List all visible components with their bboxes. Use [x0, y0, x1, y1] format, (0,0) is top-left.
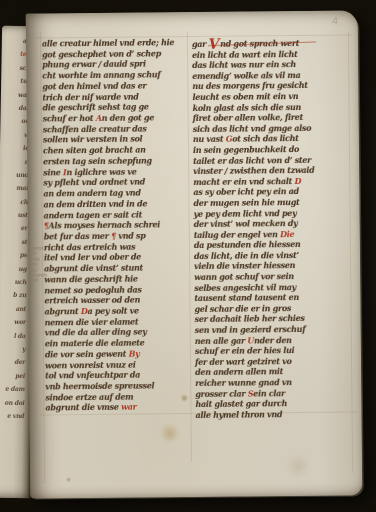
ink-text: die geschrift sehst tag ge — [43, 102, 149, 113]
ink-text: nen alle gar — [195, 335, 248, 346]
margin-note-line: was das — [29, 263, 45, 274]
ink-text: tol vnd vnfeuchtpar da — [45, 370, 140, 381]
spine-fragment: n — [3, 158, 29, 172]
ink-text: das licht was nur ein sch — [192, 59, 296, 70]
ink-text: ein licht da wart ein licht — [192, 49, 297, 60]
spine-fragment: uch — [0, 279, 26, 293]
ink-text: die vor sein gewent — [45, 348, 129, 359]
spine-fragment: pei — [0, 372, 25, 386]
ink-text: woen vonreist vnuz ei — [45, 359, 136, 370]
spine-fragment: ust — [2, 212, 28, 226]
spine-fragment: e vnd — [0, 413, 24, 427]
ink-text: abgrunt die vmse — [45, 402, 121, 413]
ink-text: sindoe ertze auf dem — [45, 391, 133, 402]
ink-text: abgrunt die vinst’ stunt — [44, 263, 143, 274]
ink-text: itel vnd ler vnd ober de — [44, 252, 141, 263]
ink-text: schuf er hot — [43, 113, 96, 124]
ink-text: andern tagen er sait cit — [44, 209, 142, 220]
manuscript-line: alle hymel thron vnd — [195, 408, 355, 420]
ink-text: reicher wunne gnad vn — [195, 377, 292, 388]
ink-text: got den himel vnd das er — [42, 80, 146, 91]
ink-text: ein clar — [253, 388, 285, 398]
ink-text: wann got schuf vor sein — [194, 271, 294, 282]
ink-text: as sy ober icht pey ein ad — [193, 186, 299, 197]
spine-fragment: er — [1, 225, 27, 239]
spine-fragment: w — [3, 131, 29, 145]
ink-text: ser dachait lieb her schies — [195, 313, 305, 324]
ink-text: vnd die da aller ding sey — [45, 327, 147, 338]
ink-text: ot sich das licht — [232, 133, 298, 144]
ink-text: abgrunt — [44, 306, 80, 316]
ink-text: Als moyses hernach schrei — [48, 220, 160, 231]
ink-text: n den got ge — [102, 112, 154, 123]
rubric-text: By — [129, 348, 140, 358]
ink-text: leucht es oben mit ein vn — [192, 91, 298, 102]
spine-fragment: l da — [0, 332, 26, 346]
ink-text: tailet er das licht von d’ ster — [193, 154, 311, 165]
ink-text: an dem dritten vnd in de — [43, 198, 147, 209]
margin-note: mosaytwie ermawas dasertrandagluh — [29, 246, 45, 284]
ink-text: nemen die vier elamet — [45, 316, 139, 327]
rubric-text: Die — [280, 229, 294, 239]
ink-text: schaffen alle creatur das — [43, 123, 147, 134]
ink-text: da pestunden die hiessen — [194, 239, 301, 250]
manuscript-page: 4 mosaytwie ermawas dasertrandagluh alle… — [26, 10, 363, 498]
spine-fragment: der — [0, 359, 25, 373]
ink-text: nu vast — [193, 134, 226, 144]
ink-text: macht er ein vnd schalt — [193, 176, 294, 187]
ink-text: n iglichre was ve — [66, 166, 136, 177]
ink-text: das licht, die in die vinst’ — [194, 250, 299, 261]
ink-text: vnd sp — [116, 230, 146, 240]
ink-text: vnb heermoisde spreussel — [45, 380, 154, 391]
ink-text: hait glastet gar durch — [195, 398, 287, 409]
ink-text: chen siten got bracht an — [43, 145, 146, 156]
spine-fragment: ps — [1, 252, 27, 266]
spine-fragment: ch — [2, 198, 28, 212]
ink-text: der vinst’ wol mecken dy — [194, 218, 298, 229]
manuscript-photo: antenschturwasdasonwionundmalchusterstps… — [0, 0, 376, 512]
ink-text: ein materie die elamete — [45, 338, 145, 349]
page-number: 4 — [331, 17, 338, 28]
ink-text: richt das ertreich was — [44, 241, 135, 252]
spine-fragment: io — [3, 145, 29, 159]
spine-fragment: ant — [0, 306, 26, 320]
ink-text: sine — [43, 167, 63, 177]
margin-note-line: gluh — [29, 279, 45, 285]
ink-text: vinster / zwisthen den tzwaid — [193, 165, 314, 176]
ink-text: nder den — [254, 335, 292, 345]
stain — [160, 423, 180, 443]
ink-text: bet fur das mer — [44, 231, 111, 242]
ink-text: wann die geschrift hie — [44, 273, 137, 284]
ink-text: in sein gegenbuchkeit do — [193, 144, 299, 155]
ink-text: ersten tag sein schepfung — [43, 155, 152, 166]
spine-fragment: mal — [2, 185, 28, 199]
ink-text: tausent stand tausent en — [194, 292, 299, 303]
ink-text: sich das licht vnd gmge also — [193, 123, 311, 134]
ink-text: sollen wir versten in sol — [43, 134, 142, 145]
rubric-text: war — [121, 402, 136, 412]
ink-text: gar — [192, 39, 209, 49]
ink-text: gel schar die er in gros — [194, 303, 291, 314]
ink-text: ertreich wasser od den — [44, 295, 140, 306]
ink-text: trich der nif warde vnd — [42, 91, 138, 102]
ink-text: tailug der engel ven — [194, 229, 280, 240]
ink-text: sen vnd in gezierd erschuf — [195, 324, 306, 335]
stain — [66, 477, 71, 482]
spine-fragment: und — [2, 172, 28, 186]
ink-text: alle hymel thron vnd — [195, 409, 282, 420]
ink-text: alle creatur himel vnd erde; hie — [42, 37, 174, 48]
ink-text: got geschephet von d’ schep — [42, 48, 161, 59]
ink-text: selbes angesicht vil may — [194, 282, 296, 293]
spine-fragment: wor — [0, 319, 26, 333]
ink-text: sy pfleht vnd ordnet vnd — [43, 177, 145, 188]
ink-text: nu des morgens fru gesicht — [192, 80, 307, 91]
rubric-text: D — [294, 176, 301, 186]
ink-text: a pey solt ve — [87, 306, 138, 316]
ink-text: ye pey dem licht vnd pey — [194, 208, 297, 219]
spine-fragment: on doi — [0, 399, 25, 413]
ink-text: nemet so pedogluh das — [44, 284, 141, 295]
spine-fragment: b zu — [0, 292, 26, 306]
spine-fragment: e dam — [0, 386, 25, 400]
text-column-right: gar Vnd got sprach wertein licht da wart… — [192, 37, 356, 420]
spine-fragment: ug — [1, 265, 27, 279]
spine-fragment: on — [3, 118, 29, 132]
spine-fragment: y — [0, 346, 26, 360]
spine-fragment: st — [1, 239, 27, 253]
parchment-stains — [26, 10, 358, 13]
ink-text: emendig’ wolke als vil ma — [192, 70, 300, 81]
ink-text: vieln die vinster hiessen — [194, 260, 295, 271]
ink-text: cht worhte im annang schuf — [42, 69, 160, 80]
text-column-left: alle creatur himel vnd erde; hiegot gesc… — [42, 37, 190, 414]
margin-note-line: wie erma — [29, 252, 45, 263]
manuscript-line: abgrunt die vmse war — [45, 401, 189, 413]
ink-text: schuf er ein der hies lui — [195, 345, 294, 356]
ink-text: den andern allen mit — [195, 367, 283, 378]
ink-text: der mugen sein hie mugt — [193, 197, 299, 208]
ink-text: firet ober allen volke, firet — [193, 112, 303, 123]
ink-text: fer der wart getziret vo — [195, 356, 292, 367]
ink-text: koln glast als sich die sun — [193, 102, 301, 113]
ink-text: grosser clar — [195, 388, 248, 399]
stain — [286, 454, 310, 478]
ink-text: an dem andern tag vnd — [43, 188, 140, 199]
ink-text: phung erwar / dauid spri — [42, 59, 146, 70]
